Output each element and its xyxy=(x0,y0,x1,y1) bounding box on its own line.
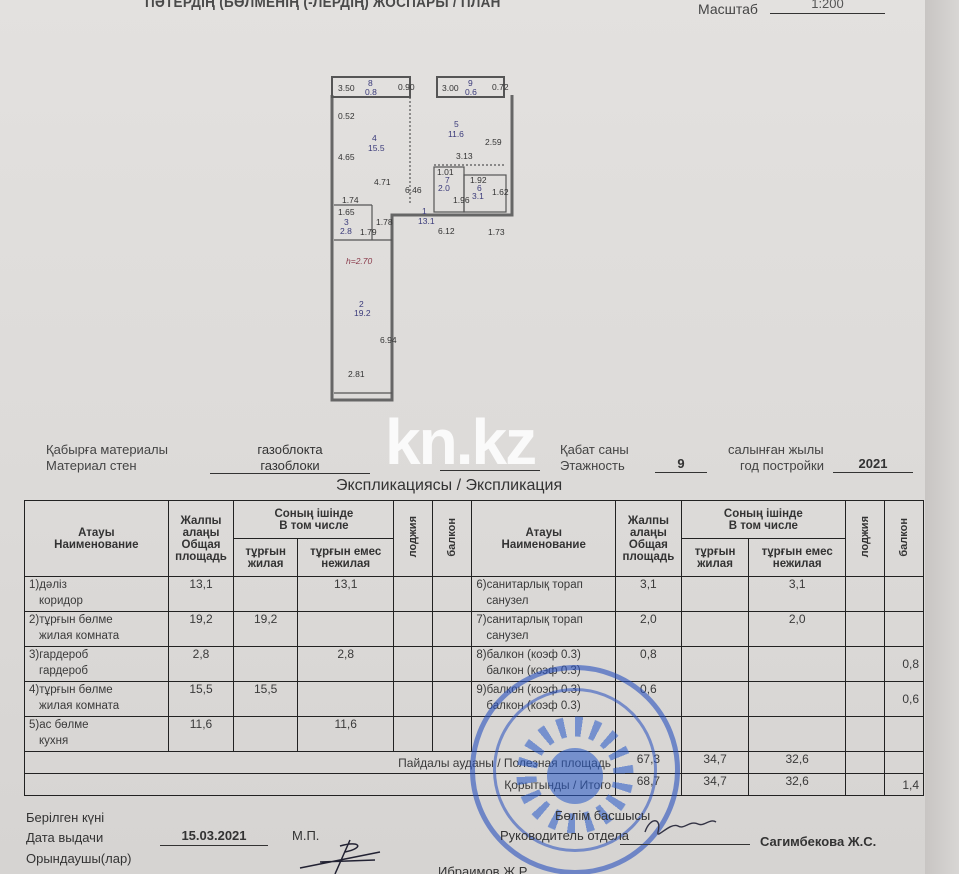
floors-value: 9 xyxy=(655,456,707,471)
stamp-sun-emblem xyxy=(547,748,603,804)
header-living-right: тұрғынжилая xyxy=(681,539,749,577)
row-balcony xyxy=(433,612,472,647)
row-loggia xyxy=(394,612,433,647)
dim-balcony8-width: 3.50 xyxy=(338,83,355,93)
row-balcony: 0,6 xyxy=(884,682,923,717)
total-nonliving: 32,6 xyxy=(749,774,845,796)
year-value: 2021 xyxy=(833,456,913,471)
row-total: 2,0 xyxy=(616,612,682,647)
row-balcony: 0,8 xyxy=(884,647,923,682)
performer-name: Ибраимов Ж.Р. xyxy=(438,864,529,874)
dim-balcony9-width: 3.00 xyxy=(442,83,459,93)
ceiling-height: h=2.70 xyxy=(346,256,373,266)
plan-title: ПӘТЕРДІҢ (БӨЛМЕНІҢ (-ЛЕРДІҢ) ЖОСПАРЫ / П… xyxy=(145,0,501,11)
room-1-area: 13.1 xyxy=(418,216,435,226)
performer-signature xyxy=(240,838,400,874)
row-balcony xyxy=(884,612,923,647)
room-5-area: 11.6 xyxy=(448,129,464,139)
dim-r1-left: 1.78 xyxy=(376,217,393,227)
table-row: 2)тұрғын бөлмежилая комната 19,2 19,2 7)… xyxy=(25,612,924,647)
room-4-area: 15.5 xyxy=(368,143,385,153)
header-name-right: АтауыНаименование xyxy=(472,501,616,577)
total-loggia xyxy=(845,774,884,796)
row-total: 11,6 xyxy=(168,717,234,752)
useful-area-loggia xyxy=(845,752,884,774)
year-label-kz: салынған жылы xyxy=(728,442,824,457)
room-6-area: 3.1 xyxy=(472,191,484,201)
row-nonliving: 2,0 xyxy=(749,612,845,647)
dim-balcony9-depth: 0.72 xyxy=(492,82,509,92)
year-underline xyxy=(833,472,913,473)
total-balcony: 1,4 xyxy=(884,774,923,796)
row-loggia xyxy=(845,717,884,752)
signature-underline xyxy=(620,844,750,845)
row-name: 1)дәлізкоридор xyxy=(25,577,169,612)
dim-r1-width: 6.12 xyxy=(438,226,455,236)
row-balcony xyxy=(433,577,472,612)
dim-balcony8-depth: 0.90 xyxy=(398,82,415,92)
row-nonliving xyxy=(297,612,393,647)
year-label-ru: год постройки xyxy=(740,458,824,473)
row-nonliving: 13,1 xyxy=(297,577,393,612)
dim-r3-width: 1.65 xyxy=(338,207,355,217)
row-nonliving: 2,8 xyxy=(297,647,393,682)
dim-r4-top: 0.52 xyxy=(338,111,355,121)
header-name-left: АтауыНаименование xyxy=(25,501,169,577)
header-total-right: ЖалпыалаңыОбщаяплощадь xyxy=(616,501,682,577)
wall-material-label-ru: Материал стен xyxy=(46,458,137,473)
row-total: 15,5 xyxy=(168,682,234,717)
row-nonliving xyxy=(749,717,845,752)
dim-r5-width: 3.13 xyxy=(456,151,473,161)
row-name: 2)тұрғын бөлмежилая комната xyxy=(25,612,169,647)
row-loggia xyxy=(394,577,433,612)
useful-area-balcony xyxy=(884,752,923,774)
header-loggia-right: лоджия xyxy=(845,501,884,577)
dim-r7-height: 1.96 xyxy=(453,195,470,205)
row-nonliving xyxy=(749,682,845,717)
room-7-area: 2.0 xyxy=(438,183,450,193)
row-name: 7)санитарлық торапсанузел xyxy=(472,612,616,647)
room-3-area: 2.8 xyxy=(340,226,352,236)
row-living xyxy=(681,612,749,647)
background-edge xyxy=(925,0,959,874)
row-balcony xyxy=(433,682,472,717)
dim-r6-height: 1.62 xyxy=(492,187,509,197)
row-total: 2,8 xyxy=(168,647,234,682)
header-nonliving-left: тұрғын емеснежилая xyxy=(297,539,393,577)
floors-label-ru: Этажность xyxy=(560,458,625,473)
row-living xyxy=(234,577,298,612)
row-loggia xyxy=(394,682,433,717)
floors-label-kz: Қабат саны xyxy=(560,442,629,457)
header-loggia-left: лоджия xyxy=(394,501,433,577)
dim-r2-height: 6.94 xyxy=(380,335,397,345)
row-name: 3)гардеробгардероб xyxy=(25,647,169,682)
head-label-kz: Бөлім басшысы xyxy=(555,808,650,823)
row-loggia xyxy=(845,612,884,647)
room-8-area: 0.8 xyxy=(365,87,377,97)
row-balcony xyxy=(433,647,472,682)
row-living: 19,2 xyxy=(234,612,298,647)
row-total: 3,1 xyxy=(616,577,682,612)
dim-r1-right: 1.73 xyxy=(488,227,505,237)
row-nonliving: 3,1 xyxy=(749,577,845,612)
explication-title: Экспликациясы / Экспликация xyxy=(336,477,562,495)
row-living xyxy=(234,717,298,752)
row-living xyxy=(681,682,749,717)
room-9-area: 0.6 xyxy=(465,87,477,97)
table-row: 1)дәлізкоридор 13,1 13,1 6)санитарлық то… xyxy=(25,577,924,612)
floor-plan: 3.50 8 0.8 0.90 3.00 9 0.6 0.72 0.52 4 1… xyxy=(322,75,522,405)
row-living xyxy=(681,717,749,752)
header-including-right: Соның ішіндеВ том числе xyxy=(681,501,845,539)
room-2-area: 19.2 xyxy=(354,308,371,318)
watermark: kn.kz xyxy=(385,405,535,479)
row-living xyxy=(234,647,298,682)
room-1-no: 1 xyxy=(422,206,427,216)
row-loggia xyxy=(845,682,884,717)
row-name: 4)тұрғын бөлмежилая комната xyxy=(25,682,169,717)
row-name: 6)санитарлық торапсанузел xyxy=(472,577,616,612)
dim-r3-height: 1.79 xyxy=(360,227,377,237)
header-balcony-right: балкон xyxy=(884,501,923,577)
scale-label: Масштаб xyxy=(698,1,758,17)
dim-r1-height: 6.46 xyxy=(405,185,422,195)
table-row: 4)тұрғын бөлмежилая комната 15,5 15,5 9)… xyxy=(25,682,924,717)
head-name: Сагимбекова Ж.С. xyxy=(760,834,876,849)
row-nonliving xyxy=(749,647,845,682)
header-balcony-left: балкон xyxy=(433,501,472,577)
header-total-left: ЖалпыалаңыОбщаяплощадь xyxy=(168,501,234,577)
issued-label-ru: Дата выдачи xyxy=(26,830,103,845)
wall-material-underline xyxy=(210,473,370,474)
dim-r4-height: 4.65 xyxy=(338,152,355,162)
dim-r4-width: 4.71 xyxy=(374,177,391,187)
dim-r5-height: 2.59 xyxy=(485,137,502,147)
row-loggia xyxy=(845,577,884,612)
header-nonliving-right: тұрғын емеснежилая xyxy=(749,539,845,577)
row-balcony xyxy=(884,577,923,612)
useful-area-living: 34,7 xyxy=(681,752,749,774)
room-5-no: 5 xyxy=(454,119,459,129)
row-balcony xyxy=(433,717,472,752)
row-loggia xyxy=(394,647,433,682)
row-loggia xyxy=(394,717,433,752)
header-including-left: Соның ішіндеВ том числе xyxy=(234,501,394,539)
dim-r2-width: 2.81 xyxy=(348,369,365,379)
dim-r4-bottom: 1.74 xyxy=(342,195,359,205)
row-nonliving xyxy=(297,682,393,717)
row-nonliving: 11,6 xyxy=(297,717,393,752)
row-name: 5)ас бөлмекухня xyxy=(25,717,169,752)
table-row: 3)гардеробгардероб 2,8 2,8 8)балкон (коэ… xyxy=(25,647,924,682)
wall-material-value-kz: газоблокта xyxy=(210,442,370,457)
row-loggia xyxy=(845,647,884,682)
useful-area-nonliving: 32,6 xyxy=(749,752,845,774)
row-total: 0,8 xyxy=(616,647,682,682)
row-living xyxy=(681,577,749,612)
scale-value: 1:200 xyxy=(770,0,885,14)
room-4-no: 4 xyxy=(372,133,377,143)
row-living: 15,5 xyxy=(234,682,298,717)
row-living xyxy=(681,647,749,682)
row-balcony xyxy=(884,717,923,752)
wall-material-value-ru: газоблоки xyxy=(210,458,370,473)
header-living-left: тұрғынжилая xyxy=(234,539,298,577)
row-total: 19,2 xyxy=(168,612,234,647)
wall-material-label-kz: Қабырға материалы xyxy=(46,442,168,457)
head-signature xyxy=(640,812,720,842)
total-living: 34,7 xyxy=(681,774,749,796)
floors-underline xyxy=(655,472,707,473)
row-total: 13,1 xyxy=(168,577,234,612)
head-label-ru: Руководитель отдела xyxy=(500,828,629,843)
issued-label-kz: Берілген күні xyxy=(26,810,104,825)
performers-label: Орындаушы(лар) xyxy=(26,851,132,866)
